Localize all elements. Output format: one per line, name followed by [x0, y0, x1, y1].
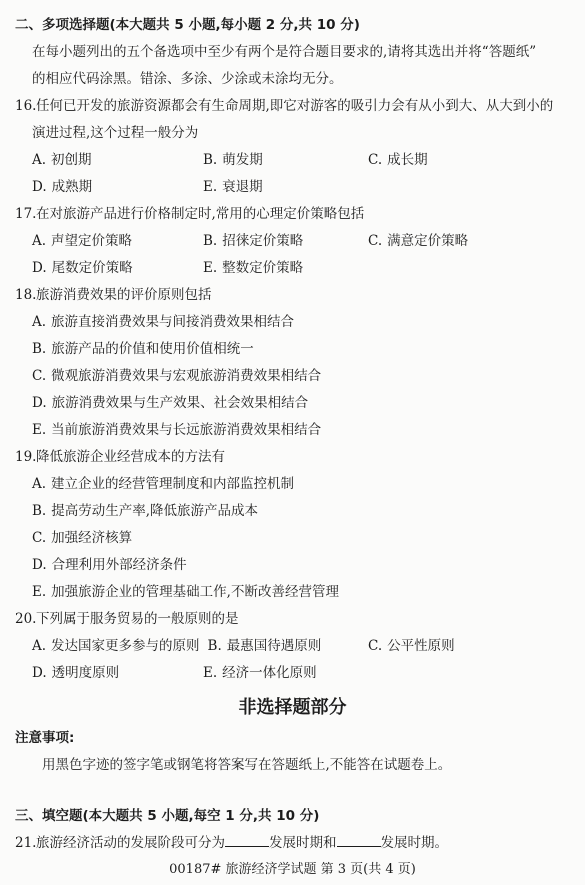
question-16-options-row-2: D.成熟期 E.衰退期: [15, 174, 585, 201]
option-a: A.建立企业的经营管理制度和内部监控机制: [15, 471, 585, 498]
question-20: 20. 下列属于服务贸易的一般原则的是: [15, 606, 585, 633]
option-d: D.成熟期: [32, 174, 203, 201]
option-b: B.招徕定价策略: [203, 228, 368, 255]
notes-body: 用黑色字迹的签字笔或钢笔将答案写在答题纸上,不能答在试题卷上。: [15, 752, 585, 779]
mc-instruction-line-2: 的相应代码涂黑。错涂、多涂、少涂或未涂均无分。: [15, 66, 585, 93]
question-number: 16.: [15, 93, 36, 120]
option-e: E.衰退期: [203, 174, 368, 201]
question-17-options-row-2: D.尾数定价策略 E.整数定价策略: [15, 255, 585, 282]
option-a: A.声望定价策略: [32, 228, 203, 255]
exam-page: 二、多项选择题(本大题共 5 小题,每小题 2 分,共 10 分) 在每小题列出…: [0, 0, 585, 885]
option-e: E.当前旅游消费效果与长远旅游消费效果相结合: [15, 417, 585, 444]
option-c: C.公平性原则: [368, 633, 455, 660]
non-mc-section-title: 非选择题部分: [0, 691, 585, 725]
option-d: D.旅游消费效果与生产效果、社会效果相结合: [15, 390, 585, 417]
option-d: D.合理利用外部经济条件: [15, 552, 585, 579]
question-17-options-row-1: A.声望定价策略 B.招徕定价策略 C.满意定价策略: [15, 228, 585, 255]
option-a: A.旅游直接消费效果与间接消费效果相结合: [15, 309, 585, 336]
question-stem: 降低旅游企业经营成本的方法有: [36, 444, 225, 471]
option-b: B.提高劳动生产率,降低旅游产品成本: [15, 498, 585, 525]
question-number: 17.: [15, 201, 36, 228]
question-number: 20.: [15, 606, 36, 633]
option-c: C.微观旅游消费效果与宏观旅游消费效果相结合: [15, 363, 585, 390]
option-c: C.加强经济核算: [15, 525, 585, 552]
fill-blank-2: [337, 833, 381, 847]
option-c: C.满意定价策略: [368, 228, 468, 255]
option-a: A.初创期: [32, 147, 203, 174]
question-stem: 旅游消费效果的评价原则包括: [36, 282, 212, 309]
option-e: E.加强旅游企业的管理基础工作,不断改善经营管理: [15, 579, 585, 606]
notes-heading: 注意事项:: [15, 725, 585, 752]
option-e: E.整数定价策略: [203, 255, 368, 282]
question-17: 17. 在对旅游产品进行价格制定时,常用的心理定价策略包括: [15, 201, 585, 228]
fill-section-heading: 三、填空题(本大题共 5 小题,每空 1 分,共 10 分): [15, 803, 585, 830]
option-d: D.透明度原则: [32, 660, 203, 687]
question-number: 21.: [15, 830, 36, 857]
option-b: B.最惠国待遇原则: [208, 633, 322, 660]
question-19: 19. 降低旅游企业经营成本的方法有: [15, 444, 585, 471]
option-d: D.尾数定价策略: [32, 255, 203, 282]
option-b: B.旅游产品的价值和使用价值相统一: [15, 336, 585, 363]
question-18: 18. 旅游消费效果的评价原则包括: [15, 282, 585, 309]
question-stem: 在对旅游产品进行价格制定时,常用的心理定价策略包括: [36, 201, 364, 228]
fill-blank-1: [225, 833, 269, 847]
question-stem: 任何已开发的旅游资源都会有生命周期,即它对游客的吸引力会有从小到大、从大到小的: [36, 93, 553, 120]
option-a: A.发达国家更多参与的原则: [32, 633, 200, 660]
question-20-options-row-1: A.发达国家更多参与的原则 B.最惠国待遇原则 C.公平性原则: [15, 633, 585, 660]
question-16-stem-cont: 演进过程,这个过程一般分为: [15, 120, 585, 147]
mc-instruction-line-1: 在每小题列出的五个备选项中至少有两个是符合题目要求的,请将其选出并将“答题纸”: [15, 39, 585, 66]
option-c: C.成长期: [368, 147, 428, 174]
page-footer: 00187# 旅游经济学试题 第 3 页(共 4 页): [0, 857, 585, 883]
mc-section-heading: 二、多项选择题(本大题共 5 小题,每小题 2 分,共 10 分): [15, 12, 585, 39]
question-21-text: 旅游经济活动的发展阶段可分为发展时期和发展时期。: [36, 830, 448, 857]
option-b: B.萌发期: [203, 147, 368, 174]
question-21: 21. 旅游经济活动的发展阶段可分为发展时期和发展时期。: [15, 830, 585, 857]
question-stem: 下列属于服务贸易的一般原则的是: [36, 606, 239, 633]
question-16-options-row-1: A.初创期 B.萌发期 C.成长期: [15, 147, 585, 174]
question-number: 19.: [15, 444, 36, 471]
question-16: 16. 任何已开发的旅游资源都会有生命周期,即它对游客的吸引力会有从小到大、从大…: [15, 93, 585, 120]
option-e: E.经济一体化原则: [203, 660, 368, 687]
question-number: 18.: [15, 282, 36, 309]
question-20-options-row-2: D.透明度原则 E.经济一体化原则: [15, 660, 585, 687]
